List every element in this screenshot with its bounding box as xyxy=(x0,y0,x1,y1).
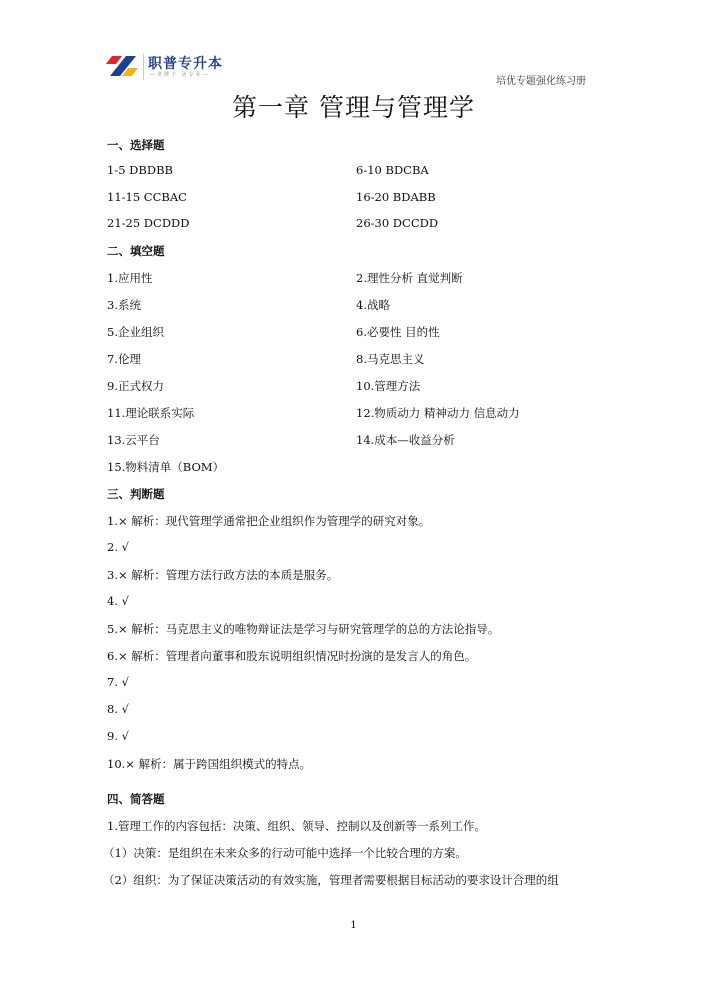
short-item: （2）组织：为了保证决策活动的有效实施，管理者需要根据目标活动的要求设计合理的组 xyxy=(103,872,559,888)
answer-row: 8.马克思主义 xyxy=(356,351,424,367)
page-number: 1 xyxy=(0,920,707,931)
judge-item: 10.× 解析：属于跨国组织模式的特点。 xyxy=(107,756,311,772)
answer-row: 4.战略 xyxy=(356,297,390,313)
answer-row: 10.管理方法 xyxy=(356,378,420,394)
logo-name: 职普专升本 xyxy=(148,53,223,73)
chapter-title: 第一章 管理与管理学 xyxy=(0,88,707,124)
answer-row: 16-20 BDABB xyxy=(356,190,436,204)
header-booklet-title: 培优专题强化练习册 xyxy=(496,72,586,87)
short-item: （1）决策：是组织在未来众多的行动可能中选择一个比较合理的方案。 xyxy=(103,845,467,861)
short-item: 1.管理工作的内容包括：决策、组织、领导、控制以及创新等一系列工作。 xyxy=(107,818,486,834)
answer-row: 11.理论联系实际 xyxy=(107,405,194,421)
section-heading-short: 四、简答题 xyxy=(107,791,165,807)
answer-row: 6.必要性 目的性 xyxy=(356,324,440,340)
answer-row: 13.云平台 xyxy=(107,432,160,448)
answer-row: 3.系统 xyxy=(107,297,141,313)
answer-row: 14.成本—收益分析 xyxy=(356,432,455,448)
answer-row: 26-30 DCCDD xyxy=(356,216,438,230)
answer-row: 7.伦理 xyxy=(107,351,141,367)
logo-mark-icon xyxy=(106,56,140,76)
answer-row: 1-5 DBDBB xyxy=(107,163,173,177)
answer-row: 11-15 CCBAC xyxy=(107,190,187,204)
answer-row: 6-10 BDCBA xyxy=(356,163,429,177)
judge-item: 4. √ xyxy=(107,594,129,608)
judge-item: 1.× 解析：现代管理学通常把企业组织作为管理学的研究对象。 xyxy=(107,513,430,529)
judge-item: 9. √ xyxy=(107,729,129,743)
judge-item: 8. √ xyxy=(107,702,129,716)
judge-item: 6.× 解析：管理者向董事和股东说明组织情况时扮演的是发言人的角色。 xyxy=(107,648,476,664)
answer-row: 2.理性分析 直觉判断 xyxy=(356,270,463,286)
judge-item: 2. √ xyxy=(107,540,129,554)
answer-row: 1.应用性 xyxy=(107,270,152,286)
answer-row: 12.物质动力 精神动力 信息动力 xyxy=(356,405,520,421)
answer-row: 21-25 DCDDD xyxy=(107,216,190,230)
answer-row: 15.物料清单（BOM） xyxy=(107,459,224,475)
logo-divider xyxy=(143,54,144,80)
section-heading-choice: 一、选择题 xyxy=(107,137,165,153)
answer-row: 5.企业组织 xyxy=(107,324,164,340)
brand-logo: 职普专升本 —老牌子 更专业— xyxy=(106,54,246,80)
section-heading-fill: 二、填空题 xyxy=(107,243,165,259)
answer-row: 9.正式权力 xyxy=(107,378,164,394)
logo-slogan: —老牌子 更专业— xyxy=(150,71,210,78)
judge-item: 5.× 解析：马克思主义的唯物辩证法是学习与研究管理学的总的方法论指导。 xyxy=(107,621,499,637)
judge-item: 7. √ xyxy=(107,675,129,689)
judge-item: 3.× 解析：管理方法行政方法的本质是服务。 xyxy=(107,567,338,583)
section-heading-judge: 三、判断题 xyxy=(107,486,165,502)
